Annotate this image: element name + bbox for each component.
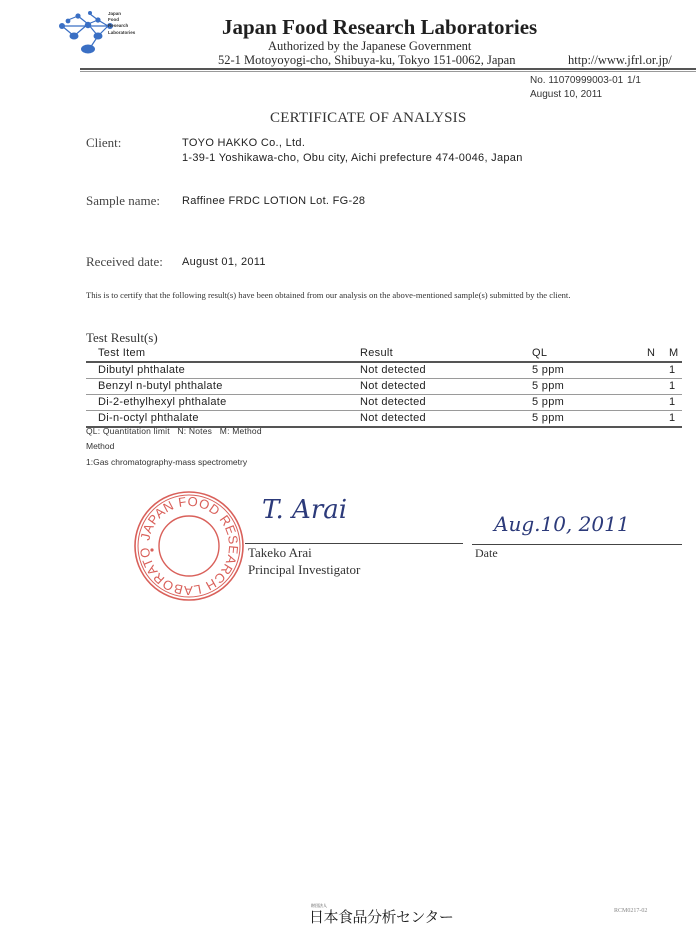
page-number: 1/1: [627, 75, 641, 86]
client-address: 1-39-1 Yoshikawa-cho, Obu city, Aichi pr…: [182, 152, 523, 164]
handwritten-date: Aug.10, 2011: [494, 512, 630, 536]
certificate-number: No. 11070999003-01: [530, 75, 623, 86]
table-row: Dibutyl phthalate Not detected 5 ppm 1: [86, 363, 682, 378]
column-header-result: Result: [360, 347, 393, 359]
received-date: August 01, 2011: [182, 256, 266, 268]
client-name: TOYO HAKKO Co., Ltd.: [182, 137, 305, 149]
header-divider: [80, 68, 696, 70]
certification-statement: This is to certify that the following re…: [86, 288, 646, 302]
test-result: Not detected: [360, 412, 426, 424]
document-title: CERTIFICATE OF ANALYSIS: [270, 110, 466, 127]
signer-title: Principal Investigator: [248, 562, 360, 578]
test-item: Dibutyl phthalate: [98, 364, 185, 376]
received-date-label: Received date:: [86, 254, 163, 270]
table-row: Di-n-octyl phthalate Not detected 5 ppm …: [86, 411, 682, 426]
method: 1: [669, 380, 675, 392]
issue-date: August 10, 2011: [530, 89, 602, 100]
quantitation-limit: 5 ppm: [532, 380, 564, 392]
results-table: Test Item Result QL N M Dibutyl phthalat…: [86, 346, 682, 428]
table-legend: QL: Quantitation limit N: Notes M: Metho…: [86, 426, 262, 436]
signer-name: Takeko Arai: [248, 545, 312, 561]
client-label: Client:: [86, 135, 121, 151]
footer-organization-name: 日本食品分析センター: [309, 906, 453, 927]
test-item: Di-2-ethylhexyl phthalate: [98, 396, 227, 408]
signature-line: [245, 543, 463, 544]
sample-name: Raffinee FRDC LOTION Lot. FG-28: [182, 195, 365, 207]
logo-line: Laboratories: [108, 30, 135, 36]
table-header-row: Test Item Result QL N M: [86, 346, 682, 361]
test-item: Di-n-octyl phthalate: [98, 412, 199, 424]
method: 1: [669, 396, 675, 408]
test-result: Not detected: [360, 396, 426, 408]
date-line: [472, 544, 682, 545]
table-row: Benzyl n-butyl phthalate Not detected 5 …: [86, 379, 682, 394]
column-header-item: Test Item: [98, 347, 145, 359]
test-results-heading: Test Result(s): [86, 330, 158, 346]
table-row: Di-2-ethylhexyl phthalate Not detected 5…: [86, 395, 682, 410]
jfrl-logo-icon: [52, 8, 152, 58]
test-result: Not detected: [360, 380, 426, 392]
method: 1: [669, 364, 675, 376]
authorization-line: Authorized by the Japanese Government: [268, 39, 471, 54]
organization-name: Japan Food Research Laboratories: [222, 15, 537, 40]
seal-stamp-icon: JAPAN FOOD RESEARCH LABORATORIES: [133, 490, 245, 602]
header-divider-thin: [80, 71, 696, 72]
quantitation-limit: 5 ppm: [532, 412, 564, 424]
quantitation-limit: 5 ppm: [532, 396, 564, 408]
website-link[interactable]: http://www.jfrl.or.jp/: [568, 53, 672, 68]
sample-label: Sample name:: [86, 193, 160, 209]
handwritten-signature: T. Arai: [262, 495, 347, 525]
date-label: Date: [475, 546, 498, 561]
method-heading: Method: [86, 441, 114, 451]
logo-wordmark: Japan Food Research Laboratories: [108, 11, 135, 36]
column-header-m: M: [669, 347, 678, 359]
column-header-ql: QL: [532, 347, 547, 359]
test-item: Benzyl n-butyl phthalate: [98, 380, 223, 392]
column-header-n: N: [647, 347, 655, 359]
method-description: 1:Gas chromatography-mass spectrometry: [86, 457, 247, 467]
test-result: Not detected: [360, 364, 426, 376]
form-code: RCM0217-02: [614, 908, 647, 914]
organization-address: 52-1 Motoyoyogi-cho, Shibuya-ku, Tokyo 1…: [218, 53, 515, 68]
quantitation-limit: 5 ppm: [532, 364, 564, 376]
method: 1: [669, 412, 675, 424]
